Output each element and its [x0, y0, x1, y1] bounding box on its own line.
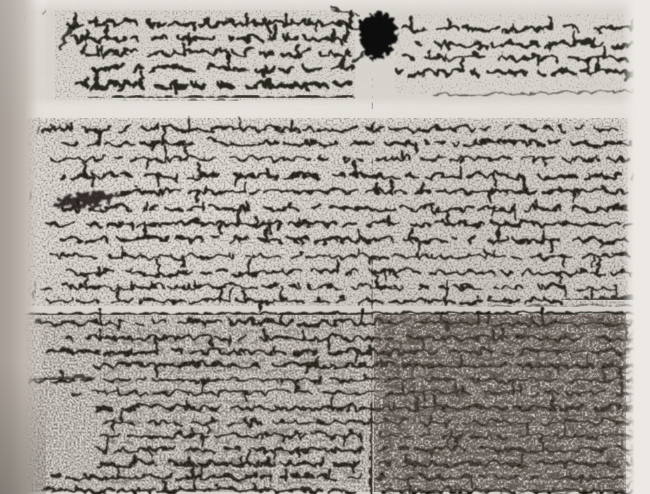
- handwriting-and-marks: [0, 0, 650, 494]
- ink-layer: [0, 0, 650, 494]
- manuscript-photograph: [0, 0, 650, 494]
- degradation-speckle-field: [0, 0, 650, 494]
